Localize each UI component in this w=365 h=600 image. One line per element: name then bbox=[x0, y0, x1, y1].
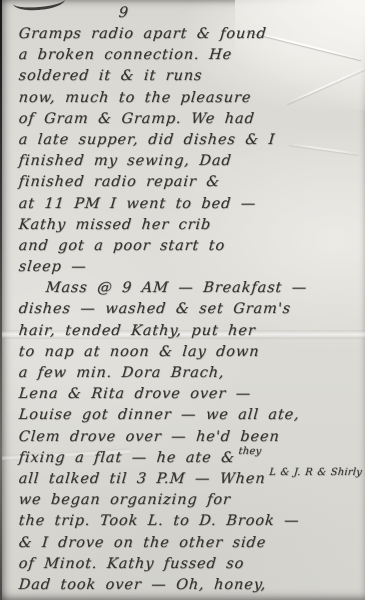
handwritten-line: all talked til 3 P.M — WhenL & J. R & Sh… bbox=[18, 470, 359, 491]
handwritten-text: sleep — bbox=[18, 259, 87, 275]
handwritten-line: to nap at noon & lay down bbox=[18, 343, 359, 364]
handwritten-line: finished my sewing, Dad bbox=[18, 152, 359, 173]
letter-content: 9 Gramps radio apart & founda broken con… bbox=[18, 3, 359, 600]
handwritten-text: finished radio repair & bbox=[18, 174, 221, 190]
handwritten-text: we began organizing for bbox=[18, 492, 232, 508]
handwritten-text: and got a poor start to bbox=[18, 238, 226, 254]
handwritten-text: soldered it & it runs bbox=[18, 68, 203, 84]
handwritten-text: & I drove on the other side bbox=[18, 535, 267, 551]
scan-edge-shadow bbox=[0, 0, 2, 600]
handwritten-text: Louise got dinner — we all ate, bbox=[18, 407, 300, 423]
handwritten-line: and got a poor start to bbox=[18, 237, 359, 258]
handwriting-lines: Gramps radio apart & founda broken conne… bbox=[18, 25, 359, 597]
handwritten-line: Lena & Rita drove over — bbox=[18, 385, 359, 406]
interline-insertion-above: they bbox=[238, 446, 262, 457]
handwritten-text: the trip. Took L. to D. Brook — bbox=[18, 513, 300, 529]
handwritten-line: Louise got dinner — we all ate, bbox=[18, 406, 359, 427]
handwritten-text: Clem drove over — he'd been bbox=[18, 429, 280, 445]
handwritten-text: finished my sewing, Dad bbox=[18, 153, 232, 169]
handwritten-line: of Gram & Gramp. We had bbox=[18, 110, 359, 131]
handwritten-line: of Minot. Kathy fussed so bbox=[18, 555, 359, 576]
handwritten-text: Dad took over — Oh, honey, bbox=[18, 577, 267, 593]
handwritten-line: sleep — bbox=[18, 258, 359, 279]
handwritten-text: to nap at noon & lay down bbox=[18, 344, 260, 360]
handwritten-line: a late supper, did dishes & I bbox=[18, 131, 359, 152]
handwritten-line: hair, tended Kathy, put her bbox=[18, 322, 359, 343]
handwritten-text: now, much to the pleasure bbox=[18, 90, 252, 106]
handwritten-text: a few min. Dora Brach, bbox=[18, 365, 225, 381]
handwritten-line: now, much to the pleasure bbox=[18, 89, 359, 110]
handwritten-text: at 11 PM I went to bed — bbox=[18, 196, 257, 212]
handwritten-line: Kathy missed her crib bbox=[18, 216, 359, 237]
handwritten-line: we began organizing for bbox=[18, 491, 359, 512]
handwritten-line: Mass @ 9 AM — Breakfast — bbox=[18, 279, 359, 300]
handwritten-text: Mass @ 9 AM — Breakfast — bbox=[45, 280, 308, 296]
handwritten-line: a few min. Dora Brach, bbox=[18, 364, 359, 385]
handwritten-text: fixing a flat — he ate &they bbox=[18, 450, 261, 466]
interline-insertion-above: L & J. R & Shirly left bbox=[269, 467, 365, 478]
handwritten-line: soldered it & it runs bbox=[18, 67, 359, 88]
scanned-letter-page: 9 Gramps radio apart & founda broken con… bbox=[0, 0, 365, 600]
handwritten-line: Gramps radio apart & found bbox=[18, 25, 359, 46]
handwritten-line: at 11 PM I went to bed — bbox=[18, 195, 359, 216]
handwritten-text: a broken connection. He bbox=[18, 47, 233, 63]
handwritten-text: a late supper, did dishes & I bbox=[18, 132, 276, 148]
handwritten-text: all talked til 3 P.M — WhenL & J. R & Sh… bbox=[18, 471, 365, 487]
handwritten-text: dishes — washed & set Gram's bbox=[18, 301, 292, 317]
handwritten-text: Lena & Rita drove over — bbox=[18, 386, 252, 402]
handwritten-line: & I drove on the other side bbox=[18, 534, 359, 555]
handwritten-text: hair, tended Kathy, put her bbox=[18, 323, 256, 339]
page-number: 9 bbox=[118, 5, 130, 21]
handwritten-text: of Minot. Kathy fussed so bbox=[18, 556, 245, 572]
handwritten-line: dishes — washed & set Gram's bbox=[18, 300, 359, 321]
handwritten-text: Kathy missed her crib bbox=[18, 217, 212, 233]
handwritten-line: finished radio repair & bbox=[18, 173, 359, 194]
handwritten-line: Dad took over — Oh, honey, bbox=[18, 576, 359, 597]
handwritten-text: Gramps radio apart & found bbox=[18, 26, 267, 42]
handwritten-line: a broken connection. He bbox=[18, 46, 359, 67]
handwritten-line: Clem drove over — he'd been bbox=[18, 428, 359, 449]
handwritten-line: the trip. Took L. to D. Brook — bbox=[18, 512, 359, 533]
handwritten-text: of Gram & Gramp. We had bbox=[18, 111, 255, 127]
